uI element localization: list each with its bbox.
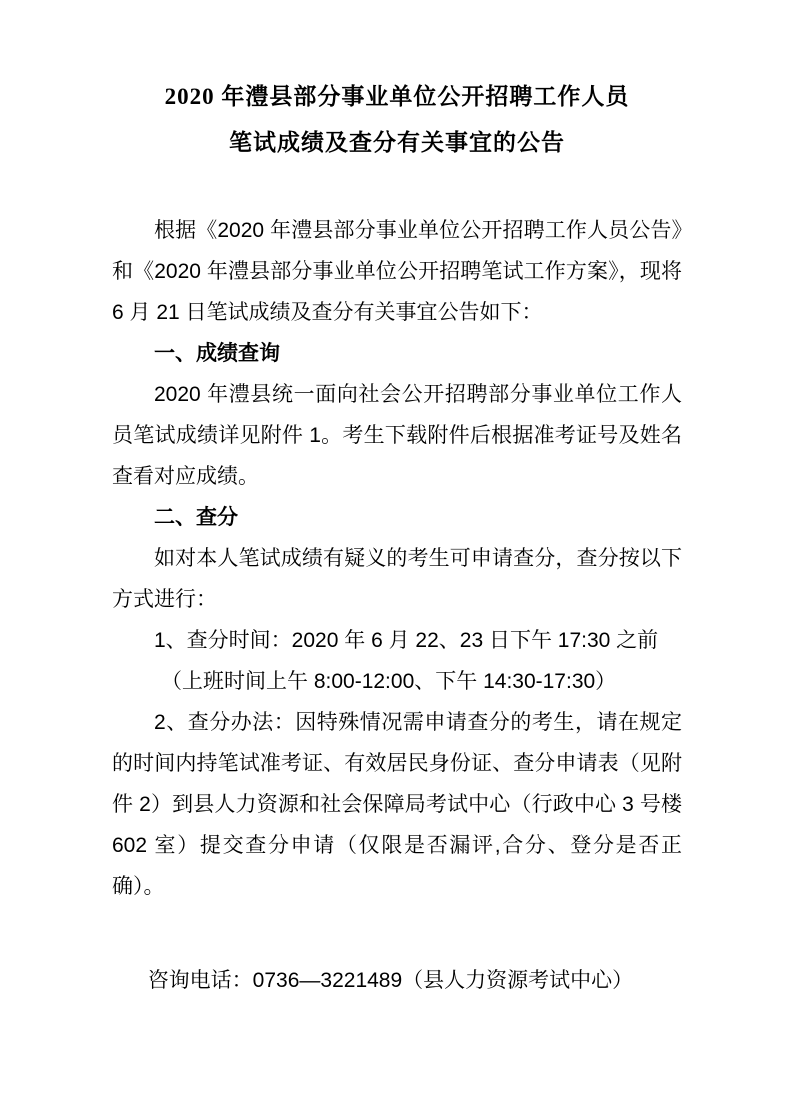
- document-body: 根据《2020 年澧县部分事业单位公开招聘工作人员公告》和《2020 年澧县部分…: [0, 210, 794, 1001]
- section-2-intro: 如对本人笔试成绩有疑义的考生可申请查分，查分按以下方式进行：: [112, 538, 682, 620]
- item-1-time-line-2: （上班时间上午 8:00-12:00、下午 14:30-17:30）: [112, 661, 682, 702]
- contact-phone-line: 咨询电话：0736—3221489（县人力资源考试中心）: [112, 960, 682, 1001]
- document-title: 2020 年澧县部分事业单位公开招聘工作人员 笔试成绩及查分有关事宜的公告: [0, 0, 794, 166]
- section-1-body: 2020 年澧县统一面向社会公开招聘部分事业单位工作人员笔试成绩详见附件 1。考…: [112, 374, 682, 497]
- section-2-heading: 二、查分: [112, 497, 682, 538]
- section-1-heading: 一、成绩查询: [112, 333, 682, 374]
- title-line-2: 笔试成绩及查分有关事宜的公告: [0, 120, 794, 166]
- item-1-time-line-1: 1、查分时间：2020 年 6 月 22、23 日下午 17:30 之前: [112, 620, 682, 661]
- title-line-1: 2020 年澧县部分事业单位公开招聘工作人员: [0, 74, 794, 120]
- document-page: 2020 年澧县部分事业单位公开招聘工作人员 笔试成绩及查分有关事宜的公告 根据…: [0, 0, 794, 1108]
- intro-paragraph: 根据《2020 年澧县部分事业单位公开招聘工作人员公告》和《2020 年澧县部分…: [112, 210, 682, 333]
- item-2-method: 2、查分办法：因特殊情况需申请查分的考生，请在规定的时间内持笔试准考证、有效居民…: [112, 702, 682, 907]
